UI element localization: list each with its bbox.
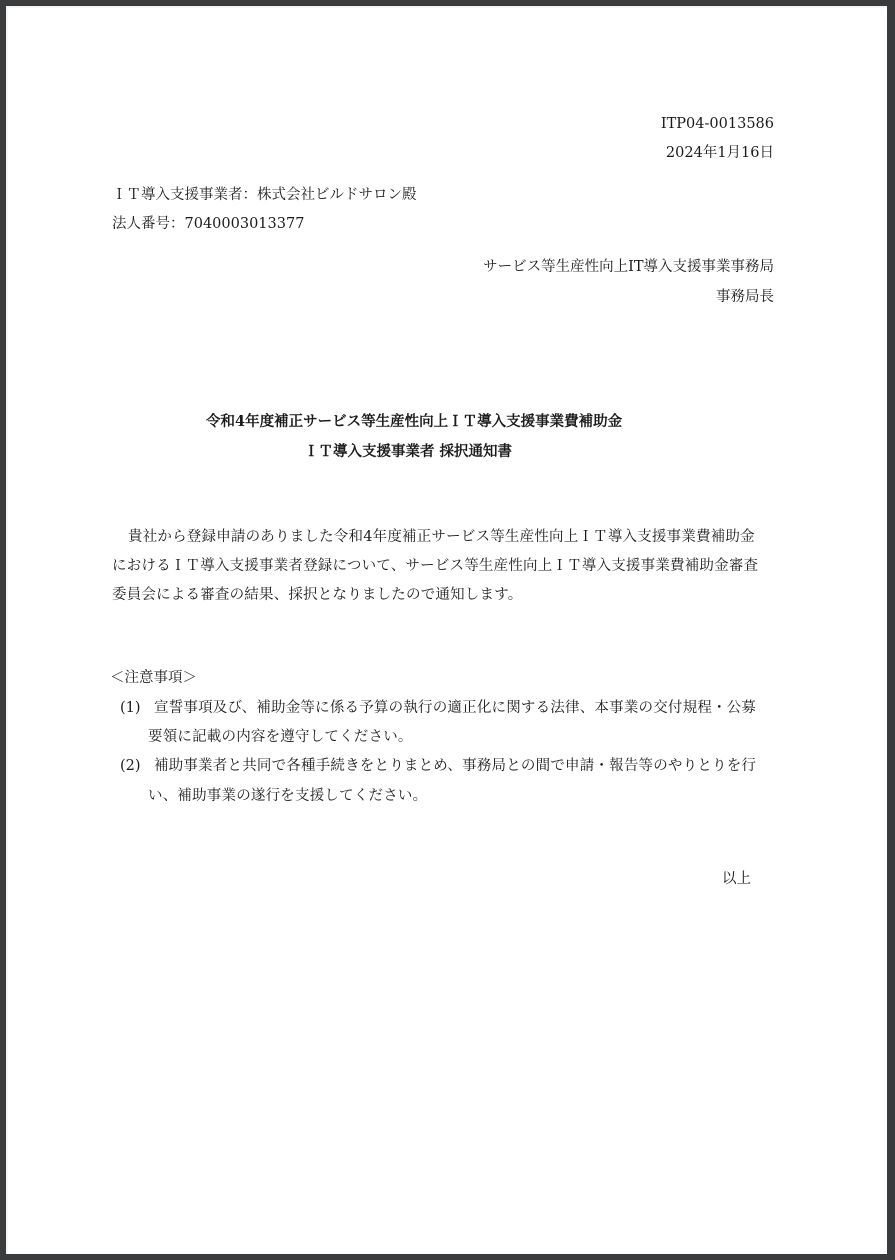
sender-organization: サービス等生産性向上IT導入支援事業事務局 xyxy=(483,260,774,275)
sender-title: 事務局長 xyxy=(716,290,774,305)
notes-heading: ＜注意事項＞ xyxy=(110,671,197,686)
issue-date: 2024年1月16日 xyxy=(666,146,774,161)
note-2-line-2: い、補助事業の遂行を支援してください。 xyxy=(148,789,427,804)
note-2-line-1: 補助事業者と共同で各種手続きをとりまとめ、事務局との間で申請・報告等のやりとりを… xyxy=(154,759,756,774)
closing-text: 以上 xyxy=(722,872,751,887)
note-1-line-1: 宣誓事項及び、補助金等に係る予算の執行の適正化に関する法律、本事業の交付規程・公… xyxy=(154,701,756,716)
note-1-marker: (1) xyxy=(120,701,141,716)
note-2-marker: (2) xyxy=(120,759,141,774)
recipient-corporate-number: 法人番号：7040003013377 xyxy=(112,217,304,232)
note-1-line-2: 要領に記載の内容を遵守してください。 xyxy=(148,730,413,745)
body-line-1: 貴社から登録申請のありました令和4年度補正サービス等生産性向上ＩＴ導入支援事業費… xyxy=(128,530,755,545)
recipient-name: ＩＴ導入支援事業者：株式会社ビルドサロン殿 xyxy=(112,188,417,203)
body-line-2: におけるＩＴ導入支援事業者登録について、サービス等生産性向上ＩＴ導入支援事業費補… xyxy=(112,559,758,574)
body-line-3: 委員会による審査の結果、採択となりましたので通知します。 xyxy=(112,588,522,603)
document-title-line2: ＩＴ導入支援事業者 採択通知書 xyxy=(304,445,512,460)
reference-number: ITP04-0013586 xyxy=(661,117,774,132)
document-page: ITP04-0013586 2024年1月16日 ＩＴ導入支援事業者：株式会社ビ… xyxy=(6,6,887,1254)
document-title-line1: 令和4年度補正サービス等生産性向上ＩＴ導入支援事業費補助金 xyxy=(206,415,622,430)
